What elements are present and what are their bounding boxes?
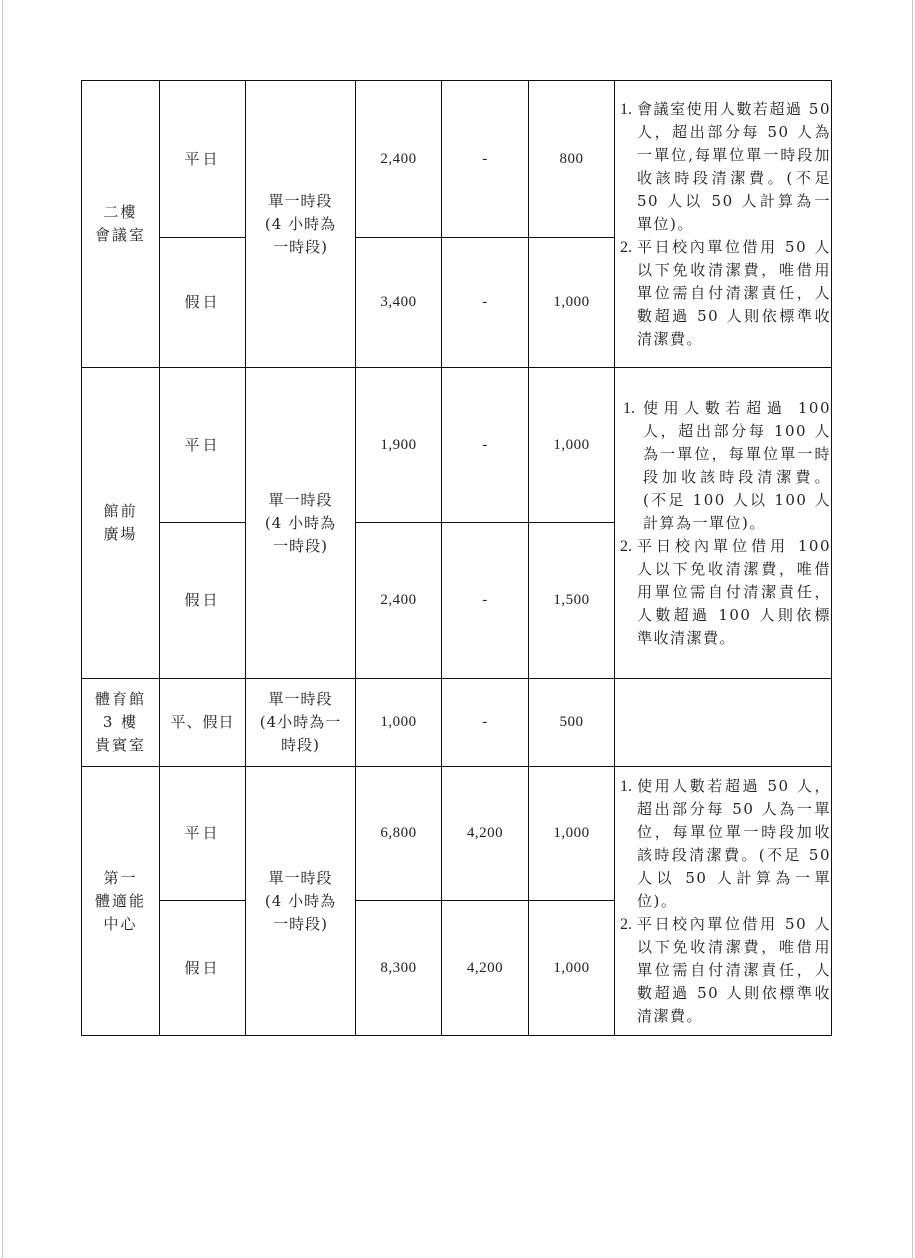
page-edge-right	[912, 0, 913, 1258]
venue-cell: 館前廣場	[82, 368, 160, 679]
fee-cell: 2,400	[356, 523, 442, 679]
day-type-cell: 假日	[160, 523, 246, 679]
note-text: 使用人數若超過 50 人，超出部分每 50 人為一單位，每單位單一時段加收該時段…	[637, 775, 831, 913]
day-type-cell: 平日	[160, 368, 246, 523]
fee-cell: -	[442, 523, 529, 679]
time-slot-cell: 單一時段(4 小時為一時段)	[246, 368, 356, 679]
note-item: 2.平日校內單位借用 50 人以下免收清潔費，唯借用單位需自付清潔責任，人數超過…	[615, 236, 831, 351]
note-text: 平日校內單位借用 50 人以下免收清潔費，唯借用單位需自付清潔責任，人數超過 5…	[637, 236, 831, 351]
notes-cell-empty	[615, 679, 832, 767]
cleaning-fee-cell: 1,000	[529, 767, 615, 901]
time-slot-cell: 單一時段(4 小時為一時段)	[246, 81, 356, 368]
day-type-cell: 假日	[160, 901, 246, 1036]
fee-cell: 1,000	[356, 679, 442, 767]
table-row: 第一體適能中心 平日 單一時段(4 小時為一時段) 6,800 4,200 1,…	[82, 767, 832, 901]
cleaning-fee-cell: 1,500	[529, 523, 615, 679]
fee-cell: -	[442, 679, 529, 767]
day-type-cell: 平日	[160, 767, 246, 901]
notes-cell: 1.會議室使用人數若超過 50 人，超出部分每 50 人為一單位,每單位單一時段…	[615, 81, 832, 368]
note-index: 1.	[615, 775, 637, 913]
fee-cell: 6,800	[356, 767, 442, 901]
fee-cell: -	[442, 81, 529, 238]
cleaning-fee-cell: 1,000	[529, 238, 615, 368]
note-item: 1.會議室使用人數若超過 50 人，超出部分每 50 人為一單位,每單位單一時段…	[615, 98, 831, 236]
note-text: 會議室使用人數若超過 50 人，超出部分每 50 人為一單位,每單位單一時段加收…	[637, 98, 831, 236]
venue-cell: 二樓會議室	[82, 81, 160, 368]
time-slot-cell: 單一時段(4小時為一時段)	[246, 679, 356, 767]
note-item: 1.使用人數若超過 100 人，超出部分每 100 人為一單位，每單位單一時段加…	[615, 397, 831, 535]
cleaning-fee-cell: 1,000	[529, 368, 615, 523]
fee-cell: 1,900	[356, 368, 442, 523]
venue-cell: 第一體適能中心	[82, 767, 160, 1036]
venue-cell: 體育館3 樓貴賓室	[82, 679, 160, 767]
page-edge-left	[2, 0, 3, 1258]
note-index: 2.	[615, 913, 637, 1028]
fee-cell: 8,300	[356, 901, 442, 1036]
note-item: 2.平日校內單位借用 50 人以下免收清潔費，唯借用單位需自付清潔責任，人數超過…	[615, 913, 831, 1028]
cleaning-fee-cell: 800	[529, 81, 615, 238]
note-item: 2.平日校內單位借用 100 人以下免收清潔費，唯借用單位需自付清潔責任，人數超…	[615, 535, 831, 650]
day-type-cell: 平、假日	[160, 679, 246, 767]
table-row: 體育館3 樓貴賓室 平、假日 單一時段(4小時為一時段) 1,000 - 500	[82, 679, 832, 767]
fee-cell: 3,400	[356, 238, 442, 368]
note-text: 平日校內單位借用 50 人以下免收清潔費，唯借用單位需自付清潔責任，人數超過 5…	[637, 913, 831, 1028]
note-index: 1.	[615, 98, 637, 236]
fee-cell: 2,400	[356, 81, 442, 238]
day-type-cell: 平日	[160, 81, 246, 238]
fee-cell: -	[442, 238, 529, 368]
note-index: 2.	[615, 535, 637, 650]
note-index: 2.	[615, 236, 637, 351]
fee-cell: -	[442, 368, 529, 523]
note-text: 平日校內單位借用 100 人以下免收清潔費，唯借用單位需自付清潔責任，人數超過 …	[637, 535, 831, 650]
time-slot-cell: 單一時段(4 小時為一時段)	[246, 767, 356, 1036]
note-item: 1.使用人數若超過 50 人，超出部分每 50 人為一單位，每單位單一時段加收該…	[615, 775, 831, 913]
cleaning-fee-cell: 1,000	[529, 901, 615, 1036]
day-type-cell: 假日	[160, 238, 246, 368]
fee-cell: 4,200	[442, 767, 529, 901]
notes-cell: 1.使用人數若超過 50 人，超出部分每 50 人為一單位，每單位單一時段加收該…	[615, 767, 832, 1036]
table-row: 館前廣場 平日 單一時段(4 小時為一時段) 1,900 - 1,000 1.使…	[82, 368, 832, 523]
note-index: 1.	[615, 397, 643, 535]
fee-cell: 4,200	[442, 901, 529, 1036]
notes-cell: 1.使用人數若超過 100 人，超出部分每 100 人為一單位，每單位單一時段加…	[615, 368, 832, 679]
cleaning-fee-cell: 500	[529, 679, 615, 767]
note-text: 使用人數若超過 100 人，超出部分每 100 人為一單位，每單位單一時段加收該…	[643, 397, 831, 535]
table-row: 二樓會議室 平日 單一時段(4 小時為一時段) 2,400 - 800 1.會議…	[82, 81, 832, 238]
venue-fee-table: 二樓會議室 平日 單一時段(4 小時為一時段) 2,400 - 800 1.會議…	[81, 80, 832, 1036]
